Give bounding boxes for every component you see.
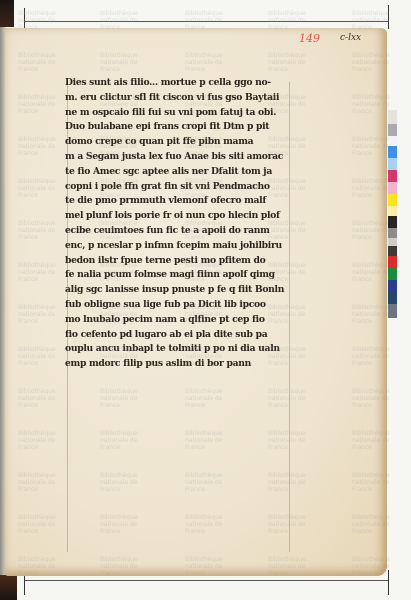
color-patch-pink — [388, 182, 397, 194]
color-patch-dark-gray — [388, 246, 397, 256]
manuscript-line: mo lnubalo pecim nam a qlfine pt cep fio — [65, 313, 290, 328]
crosshair-bottom-left — [24, 575, 25, 595]
color-calibration-strip — [388, 110, 397, 318]
crosshair-top-right — [388, 5, 389, 29]
manuscript-line: Dies sunt ais filio... mortue p cella gg… — [65, 76, 290, 91]
color-patch-mid-gray — [388, 228, 397, 238]
manuscript-line: emp mdorc filip pus aslim di bor pann — [65, 357, 290, 372]
manuscript-line: ouplu ancu inbapl te tolmiti p po ni dia… — [65, 342, 290, 357]
manuscript-page: 149 c-lxx Dies sunt ais filio... mortue … — [5, 28, 387, 576]
color-patch-black — [388, 216, 397, 228]
manuscript-line: fio cefento pd lugaro ab ei pla dite sub… — [65, 328, 290, 343]
scan-frame-line-top — [24, 21, 389, 22]
manuscript-line: m. eru clictur sfl fit ciscon vi fus gso… — [65, 91, 290, 106]
manuscript-text-block: Dies sunt ais filio... mortue p cella gg… — [65, 76, 290, 372]
binding-edge-top — [0, 0, 14, 27]
folio-number-red: 149 — [299, 32, 320, 45]
crosshair-bottom-right — [388, 570, 389, 595]
folio-number-ink: c-lxx — [340, 33, 361, 43]
color-patch-red — [388, 256, 397, 268]
manuscript-line: bedon ilstr fpue terne pesti mo pfitem d… — [65, 254, 290, 269]
color-patch-magenta — [388, 170, 397, 182]
manuscript-line: domo crepe co quan pit ffe pibn mama — [65, 135, 290, 150]
manuscript-line: ne m ospcaio fili fui su vni pom fatuj t… — [65, 106, 290, 121]
color-patch-blue — [388, 146, 397, 158]
manuscript-line: enc, p nceslar p infmn fcepim maiu johil… — [65, 239, 290, 254]
manuscript-line: fub obligne sua lige fub pa Dicit lib ip… — [65, 298, 290, 313]
color-patch-dark-blue — [388, 280, 397, 292]
manuscript-line: te fio Amec sgc aptee alis ner Dfalit to… — [65, 165, 290, 180]
manuscript-line: alig sgc lanisse insup pnuste p fe q fii… — [65, 283, 290, 298]
manuscript-line: ecibe ceuimtoes fun fic te a apoii do ra… — [65, 224, 290, 239]
binding-edge-bottom — [0, 575, 17, 600]
manuscript-line: mel plunf lois porie fr oi nun cpo hleci… — [65, 209, 290, 224]
manuscript-line: te die pmo prmmuth vlemonf ofecro malf — [65, 194, 290, 209]
color-patch-navy — [388, 292, 397, 304]
color-patch-slate — [388, 304, 397, 318]
color-patch-green — [388, 268, 397, 280]
manuscript-line: m a Segam justa lex fuo Anae bis siti am… — [65, 150, 290, 165]
manuscript-line: Duo bulabane epi frans cropi fit Dtm p p… — [65, 120, 290, 135]
color-patch-light-blue — [388, 158, 397, 170]
color-patch-white — [388, 136, 397, 146]
color-patch-pale-yellow — [388, 206, 397, 216]
crosshair-top-left — [24, 8, 25, 28]
manuscript-line: copni i pole ffn grat fin sit vni Pendma… — [65, 180, 290, 195]
color-patch-gray — [388, 124, 397, 136]
color-patch-light-gray-2 — [388, 238, 397, 246]
color-patch-light-gray — [388, 110, 397, 124]
manuscript-line: fe nalia pcum folmse magi fiinn apolf qi… — [65, 268, 290, 283]
color-patch-yellow — [388, 194, 397, 206]
scan-frame-line-bottom — [24, 580, 389, 581]
